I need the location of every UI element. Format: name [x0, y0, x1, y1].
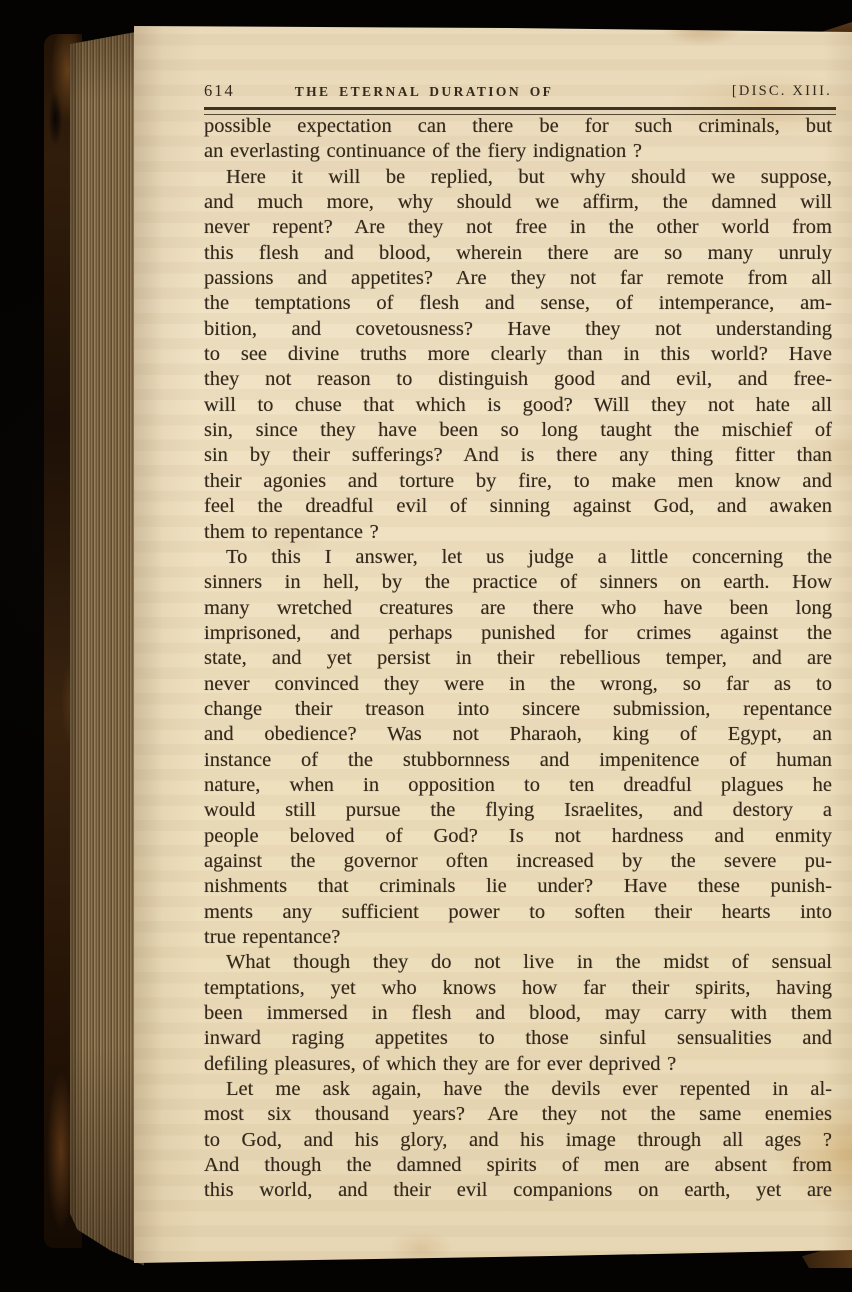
text-line: this flesh and blood, wherein there are … — [204, 241, 832, 266]
text-line: been immersed in flesh and blood, may ca… — [204, 1001, 832, 1026]
text-line: and obedience? Was not Pharaoh, king of … — [204, 722, 832, 747]
text-line: What though they do not live in the mids… — [204, 950, 832, 975]
text-line: bition, and covetousness? Have they not … — [204, 317, 832, 342]
text-line: sin by their sufferings? And is there an… — [204, 443, 832, 468]
text-line: And though the damned spirits of men are… — [204, 1153, 832, 1178]
text-line: Let me ask again, have the devils ever r… — [204, 1077, 832, 1102]
text-line: state, and yet persist in their rebellio… — [204, 646, 832, 671]
paragraph: What though they do not live in the mids… — [204, 950, 832, 1077]
page-number: 614 — [204, 81, 235, 101]
text-line: an everlasting continuance of the fiery … — [204, 139, 832, 164]
paragraph: Here it will be replied, but why should … — [204, 165, 832, 545]
text-line: instance of the stubbornness and impenit… — [204, 748, 832, 773]
page-fore-edges — [70, 28, 144, 1268]
text-line: most six thousand years? Are they not th… — [204, 1102, 832, 1127]
text-line: nishments that criminals lie under? Have… — [204, 874, 832, 899]
text-line: ments any sufficient power to soften the… — [204, 900, 832, 925]
body-text: possible expectation can there be for su… — [204, 114, 832, 1204]
text-line: their agonies and torture by fire, to ma… — [204, 469, 832, 494]
paragraph: Let me ask again, have the devils ever r… — [204, 1077, 832, 1204]
text-line: this world, and their evil companions on… — [204, 1178, 832, 1203]
discourse-label: [DISC. XIII. — [732, 83, 832, 100]
text-line: sinners in hell, by the practice of sinn… — [204, 570, 832, 595]
text-line: Here it will be replied, but why should … — [204, 165, 832, 190]
text-line: never repent? Are they not free in the o… — [204, 215, 832, 240]
text-line: feel the dreadful evil of sinning agains… — [204, 494, 832, 519]
text-line: would still pursue the flying Israelites… — [204, 798, 832, 823]
text-line: temptations, yet who knows how far their… — [204, 976, 832, 1001]
text-line: To this I answer, let us judge a little … — [204, 545, 832, 570]
text-line: defiling pleasures, of which they are fo… — [204, 1052, 832, 1077]
text-line: possible expectation can there be for su… — [204, 114, 832, 139]
text-line: and much more, why should we affirm, the… — [204, 190, 832, 215]
text-line: inward raging appetites to those sinful … — [204, 1026, 832, 1051]
book-page: 614 THE ETERNAL DURATION OF [DISC. XIII.… — [134, 20, 852, 1266]
text-line: to God, and his glory, and his image thr… — [204, 1128, 832, 1153]
text-line: people beloved of God? Is not hardness a… — [204, 824, 832, 849]
text-line: passions and appetites? Are they not far… — [204, 266, 832, 291]
text-line: they not reason to distinguish good and … — [204, 367, 832, 392]
text-line: sin, since they have been so long taught… — [204, 418, 832, 443]
photo-background: 614 THE ETERNAL DURATION OF [DISC. XIII.… — [0, 0, 852, 1292]
text-line: many wretched creatures are there who ha… — [204, 596, 832, 621]
paragraph: possible expectation can there be for su… — [204, 114, 832, 165]
text-line: will to chuse that which is good? Will t… — [204, 393, 832, 418]
text-line: the temptations of flesh and sense, of i… — [204, 291, 832, 316]
text-line: imprisoned, and perhaps punished for cri… — [204, 621, 832, 646]
text-line: nature, when in opposition to ten dreadf… — [204, 773, 832, 798]
paragraph: To this I answer, let us judge a little … — [204, 545, 832, 951]
text-line: change their treason into sincere submis… — [204, 697, 832, 722]
page-header: 614 THE ETERNAL DURATION OF [DISC. XIII. — [204, 81, 834, 105]
text-line: true repentance? — [204, 925, 832, 950]
text-line: them to repentance ? — [204, 520, 832, 545]
text-line: to see divine truths more clearly than i… — [204, 342, 832, 367]
text-line: against the governor often increased by … — [204, 849, 832, 874]
text-line: never convinced they were in the wrong, … — [204, 672, 832, 697]
running-head: THE ETERNAL DURATION OF — [295, 84, 554, 100]
